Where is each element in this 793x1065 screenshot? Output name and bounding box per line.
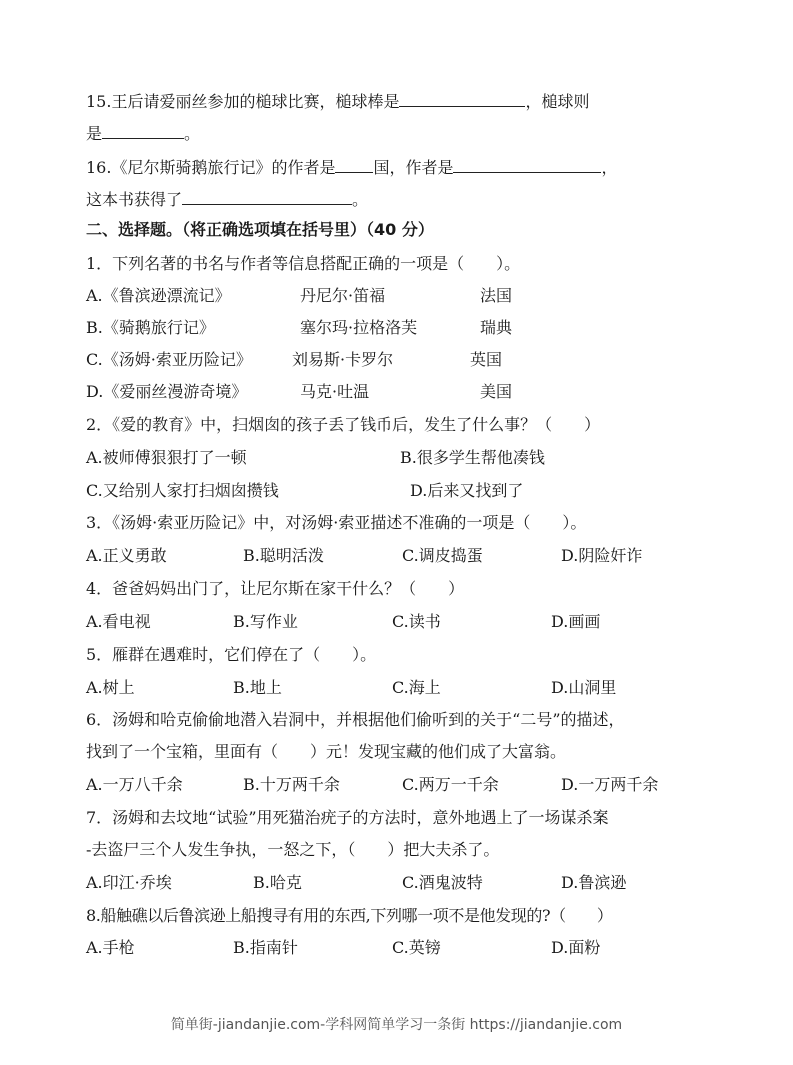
q15-text-2: 是 (86, 124, 102, 143)
q1-option-a-book[interactable]: A.《鲁滨逊漂流记》 (86, 286, 231, 306)
question-6-stem-2: 找到了一个宝箱，里面有（ ）元！发现宝藏的他们成了大富翁。 (86, 742, 566, 762)
q7-option-c[interactable]: C.酒鬼波特 (402, 873, 483, 893)
q8-option-c[interactable]: C.英镑 (392, 938, 441, 958)
q16-blank-country[interactable] (335, 156, 373, 173)
q8-option-a[interactable]: A.手枪 (86, 938, 135, 958)
q6-option-d[interactable]: D.一万两千余 (561, 775, 658, 795)
q1-option-b-country: 瑞典 (480, 318, 512, 338)
q15-blank-1[interactable] (399, 90, 525, 107)
q16-blank-author[interactable] (453, 156, 601, 173)
q6-option-a[interactable]: A.一万八千余 (86, 775, 183, 795)
q15-text-mid: ，槌球则 (525, 92, 589, 111)
q1-option-c-book[interactable]: C.《汤姆·索亚历险记》 (86, 350, 252, 370)
question-15-line2: 是。 (86, 122, 200, 144)
question-16-line1: 16.《尼尔斯骑鹅旅行记》的作者是国，作者是， (86, 156, 617, 178)
q16-blank-award[interactable] (182, 188, 352, 205)
question-7-stem-2: -去盗尸三个人发生争执，一怒之下，（ ）把大夫杀了。 (86, 840, 499, 860)
q15-text: 15.王后请爱丽丝参加的槌球比赛，槌球棒是 (86, 92, 399, 111)
question-1-stem: 1．下列名著的书名与作者等信息搭配正确的一项是（ ）。 (86, 254, 520, 274)
q7-option-a[interactable]: A.印江·乔埃 (86, 873, 172, 893)
q7-option-d[interactable]: D.鲁滨逊 (561, 873, 626, 893)
q5-option-a[interactable]: A.树上 (86, 678, 135, 698)
question-16-line2: 这本书获得了。 (86, 188, 368, 210)
q3-option-b[interactable]: B.聪明活泼 (243, 546, 324, 566)
question-3-stem: 3．《汤姆·索亚历险记》中，对汤姆·索亚描述不准确的一项是（ ）。 (86, 513, 586, 533)
q1-option-b-author: 塞尔玛·拉格洛芙 (300, 318, 417, 338)
q2-option-b[interactable]: B.很多学生帮他凑钱 (400, 448, 545, 468)
q2-option-c[interactable]: C.又给别人家打扫烟囱攒钱 (86, 481, 279, 501)
q8-option-b[interactable]: B.指南针 (233, 938, 298, 958)
q16-text-2: 这本书获得了 (86, 190, 182, 209)
q3-option-a[interactable]: A.正义勇敢 (86, 546, 167, 566)
q5-option-c[interactable]: C.海上 (392, 678, 441, 698)
q2-option-a[interactable]: A.被师傅狠狠打了一顿 (86, 448, 247, 468)
q1-option-a-author: 丹尼尔·笛福 (300, 286, 385, 306)
q4-option-a[interactable]: A.看电视 (86, 612, 151, 632)
q15-end: 。 (184, 124, 200, 143)
question-2-stem: 2．《爱的教育》中，扫烟囱的孩子丢了钱币后，发生了什么事？（ ） (86, 415, 600, 435)
q16-text-mid: 国，作者是 (373, 158, 453, 177)
question-4-stem: 4．爸爸妈妈出门了，让尼尔斯在家干什么？（ ） (86, 579, 464, 599)
question-7-stem: 7．汤姆和去坟地“试验”用死猫治疣子的方法时，意外地遇上了一场谋杀案 (86, 808, 609, 828)
q4-option-d[interactable]: D.画画 (551, 612, 600, 632)
q6-option-c[interactable]: C.两万一千余 (402, 775, 499, 795)
question-5-stem: 5．雁群在遇难时，它们停在了（ ）。 (86, 645, 376, 665)
section-2-title: 二、选择题。（将正确选项填在括号里）（40 分） (86, 220, 434, 240)
q1-option-d-author: 马克·吐温 (300, 382, 369, 402)
q1-option-c-country: 英国 (470, 350, 502, 370)
q7-option-b[interactable]: B.哈克 (253, 873, 302, 893)
q1-option-d-book[interactable]: D.《爱丽丝漫游奇境》 (86, 382, 247, 402)
q8-option-d[interactable]: D.面粉 (551, 938, 600, 958)
question-6-stem: 6．汤姆和哈克偷偷地潜入岩洞中，并根据他们偷听到的关于“二号”的描述， (86, 710, 625, 730)
q3-option-d[interactable]: D.阴险奸诈 (561, 546, 642, 566)
q1-option-d-country: 美国 (480, 382, 512, 402)
q2-option-d[interactable]: D.后来又找到了 (410, 481, 523, 501)
q1-option-b-book[interactable]: B.《骑鹅旅行记》 (86, 318, 215, 338)
q5-option-b[interactable]: B.地上 (233, 678, 282, 698)
q16-comma: ， (601, 158, 617, 177)
q16-text: 16.《尼尔斯骑鹅旅行记》的作者是 (86, 158, 335, 177)
q15-blank-2[interactable] (102, 122, 184, 139)
question-15-line1: 15.王后请爱丽丝参加的槌球比赛，槌球棒是，槌球则 (86, 90, 589, 112)
q3-option-c[interactable]: C.调皮捣蛋 (402, 546, 483, 566)
footer-watermark: 简单街-jiandanjie.com-学科网简单学习一条街 https://ji… (0, 1014, 793, 1034)
question-8-stem: 8.船触礁以后鲁滨逊上船搜寻有用的东西,下列哪一项不是他发现的?（ ） (86, 906, 613, 926)
q16-end: 。 (352, 190, 368, 209)
q5-option-d[interactable]: D.山洞里 (551, 678, 616, 698)
q6-option-b[interactable]: B.十万两千余 (243, 775, 340, 795)
q4-option-c[interactable]: C.读书 (392, 612, 441, 632)
q1-option-c-author: 刘易斯·卡罗尔 (292, 350, 393, 370)
q4-option-b[interactable]: B.写作业 (233, 612, 298, 632)
q1-option-a-country: 法国 (480, 286, 512, 306)
